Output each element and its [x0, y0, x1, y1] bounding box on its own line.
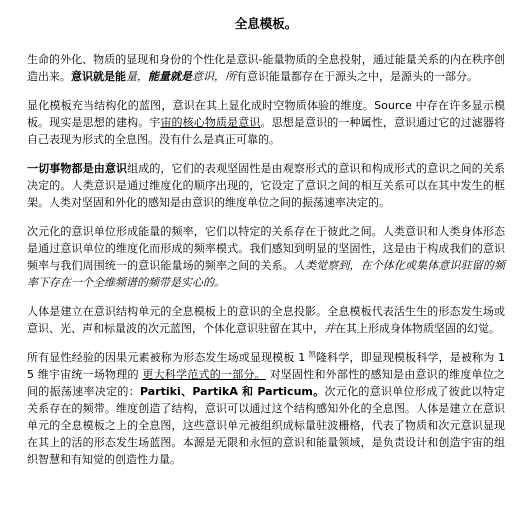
document-page: 全息模板。 生命的外化、物质的显现和身份的个性化是意识-能量物质的全息投射，通过…	[0, 0, 531, 511]
text-segment: 意识，所	[192, 70, 236, 83]
text-segment: Partiki、PartikA 和 Particum。	[140, 385, 324, 398]
text-segment: 量，	[126, 70, 148, 83]
paragraphs: 生命的外化、物质的显现和身份的个性化是意识-能量物质的全息投射，通过能量关系的内…	[27, 51, 505, 468]
text-segment: 意识就是能	[71, 70, 126, 83]
text-segment: 宙的核心物质是意识	[160, 116, 260, 129]
paragraph: 人体是建立在意识结构单元的全息模板上的意识的全息投影。全息模板代表活生生的形态发…	[27, 303, 505, 337]
text-segment: 能量就是	[148, 70, 192, 83]
paragraph: 次元化的意识单位形成能量的频率，它们以特定的关系存在于彼此之间。人类意识和人类身…	[27, 223, 505, 291]
paragraph: 生命的外化、物质的显现和身份的个性化是意识-能量物质的全息投射，通过能量关系的内…	[27, 51, 505, 85]
text-segment: 所有显性经验的因果元素被称为形态发生场或显现模板 1	[27, 351, 309, 364]
paragraph: 所有显性经验的因果元素被称为形态发生场或显现模板 1 凯隆科学，即显现模板科学，…	[27, 349, 505, 468]
text-segment: 一切事物都是由意识	[27, 162, 127, 175]
text-segment: 并	[324, 322, 335, 335]
text-segment: 有意识能量都存在于源头之中，是源头的一部分。	[236, 70, 478, 83]
document-title: 全息模板。	[27, 16, 505, 32]
paragraph: 一切事物都是由意识组成的，它们的表观坚固性是由观察形式的意识和构成形式的意识之间…	[27, 160, 505, 211]
text-segment: 凯	[309, 350, 316, 358]
text-segment: 更大科学范式的一部分。	[142, 368, 265, 381]
paragraph: 显化模板充当结构化的蓝图，意识在其上显化成时空物质体验的维度。Source 中存…	[27, 97, 505, 148]
text-segment: 在其上形成身体物质坚固的幻觉。	[335, 322, 500, 335]
